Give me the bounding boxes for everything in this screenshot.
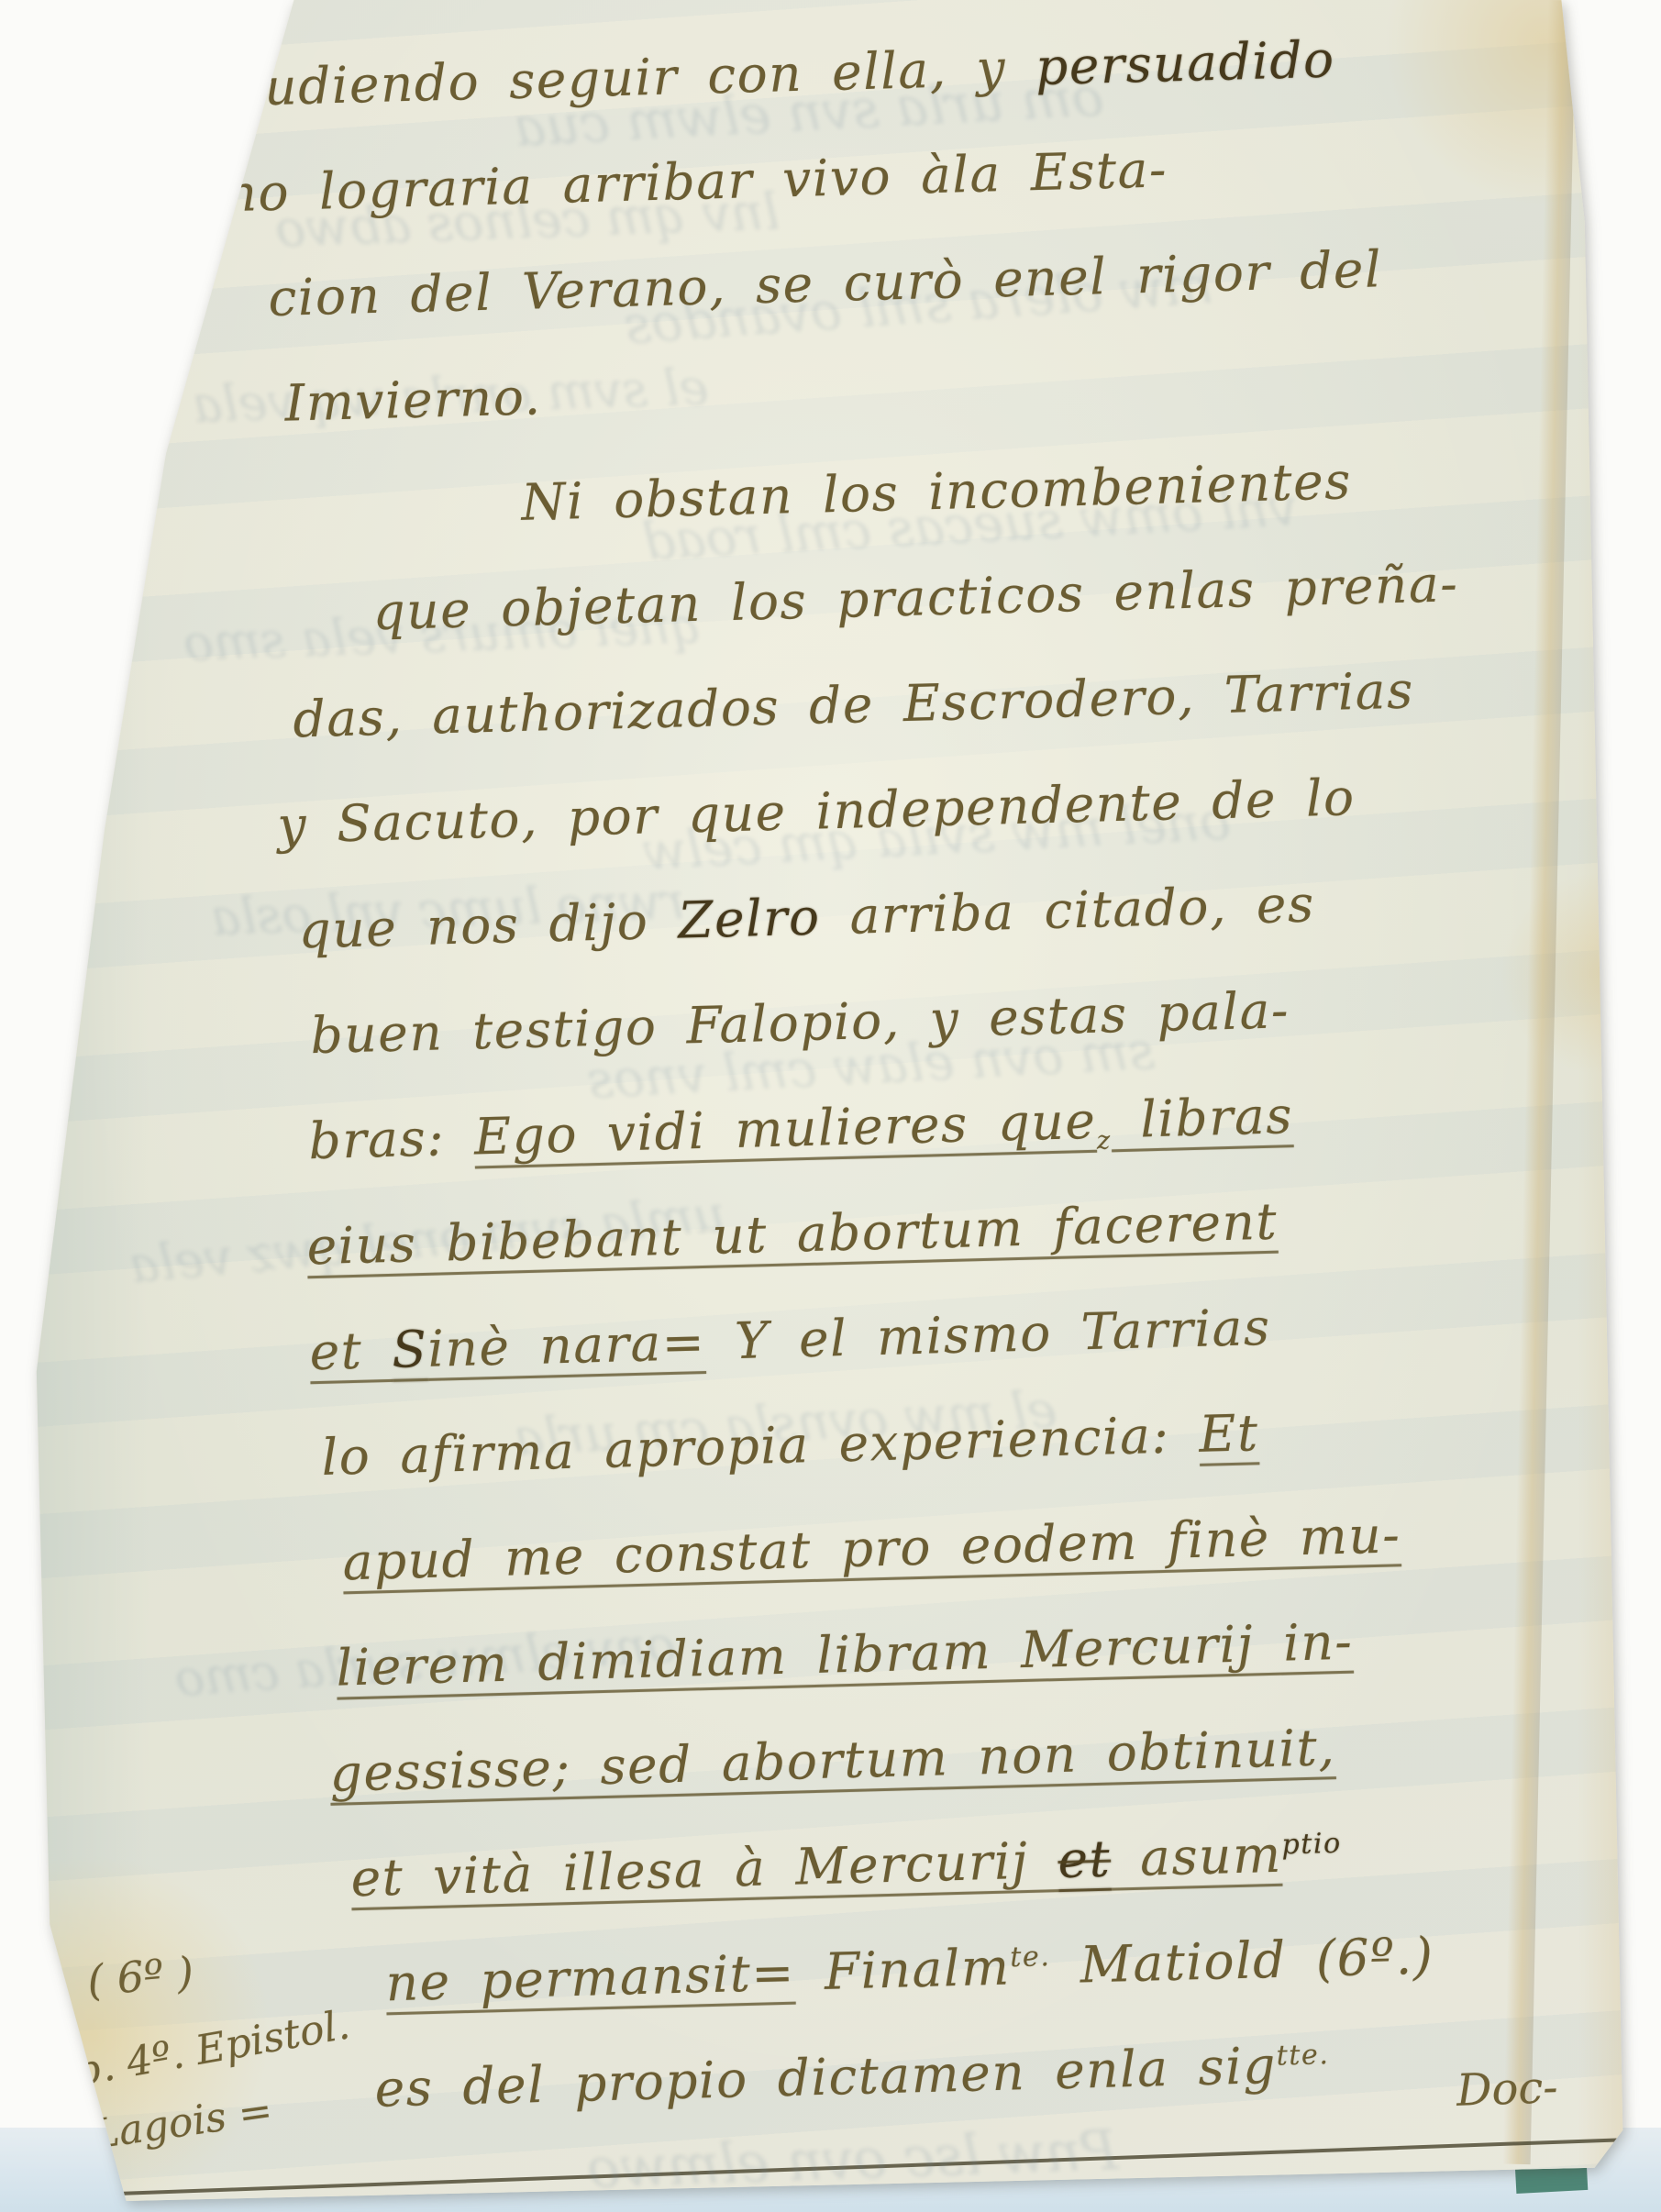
manuscript-word: que objetan los practicos enlas preña-: [372, 554, 1459, 641]
manuscript-word: lierem dimidiam libram Mercurij in-: [336, 1612, 1354, 1698]
paper-wrapper: om urla svn elwm cualnv qm celnos abwomw…: [0, 0, 1661, 2212]
manuscript-word: inè nara=: [427, 1312, 707, 1378]
manuscript-word: buen testigo Falopio, y estas pala-: [310, 980, 1290, 1065]
manuscript-word: libras: [1110, 1086, 1293, 1149]
manuscript-word: Ego vidi mulieres que: [473, 1091, 1097, 1167]
margin-note: ( 6º ): [85, 1947, 195, 2006]
manuscript-word: S: [391, 1320, 428, 1379]
manuscript-word: y Sacuto, por que independente de lo: [277, 768, 1356, 855]
manuscript-word: Et: [1198, 1403, 1259, 1464]
manuscript-word: Y el mismo Tarrias: [704, 1298, 1271, 1371]
manuscript-word: eius bibebant ut abortum facerent: [306, 1192, 1279, 1277]
manuscript-word: es del propio dictamen enla sig: [374, 2036, 1278, 2118]
manuscript-word: arriba citado, es: [820, 874, 1316, 946]
manuscript-word: no lograria arribar vivo àla Esta-: [224, 139, 1168, 223]
manuscript-word: Ni obstan los incombenientes: [521, 451, 1353, 532]
manuscript-word: Finalm: [794, 1938, 1011, 2002]
manuscript-word: das, authorizados de Escrodero, Tarrias: [293, 661, 1415, 749]
manuscript-word: z: [1096, 1125, 1112, 1155]
manuscript-paper: om urla svn elwm cualnv qm celnos abwomw…: [0, 0, 1661, 2212]
catchword: Doc-: [1456, 2062, 1558, 2117]
manuscript-word: asum: [1110, 1825, 1282, 1888]
manuscript-word: cion del Verano, se curò enel rigor del: [268, 239, 1383, 327]
manuscript-word: persuadido: [1035, 30, 1335, 97]
right-fold-crease: [1503, 0, 1576, 2164]
manuscript-word: bras:: [308, 1108, 475, 1171]
manuscript-text: pudiendo seguir con ella, y persuadidono…: [197, 4, 1518, 2145]
manuscript-word: Zelro: [677, 888, 821, 950]
manuscript-word: te.: [1010, 1941, 1051, 1974]
margin-note: a Lagois =: [53, 2087, 276, 2164]
manuscript-word: ne permansit=: [385, 1943, 796, 2013]
manuscript-word: Matiold (6º.): [1050, 1926, 1434, 1995]
manuscript-word: Imvierno.: [284, 367, 543, 432]
manuscript-word: lo afirma apropia experiencia:: [321, 1405, 1200, 1487]
manuscript-word: et: [1058, 1830, 1112, 1889]
manuscript-word: que nos dijo: [298, 891, 679, 960]
manuscript-word: tte.: [1276, 2039, 1330, 2073]
manuscript-word: et vità illesa à Mercurij: [350, 1830, 1058, 1908]
manuscript-word: ptio: [1281, 1828, 1342, 1862]
manuscript-word: gessisse; sed abortum non obtinuit,: [329, 1718, 1336, 1803]
manuscript-word: pudiendo seguir con ella, y: [230, 38, 1036, 117]
manuscript-word: et: [309, 1321, 393, 1381]
manuscript-word: apud me constat pro eodem finè mu-: [342, 1505, 1401, 1591]
